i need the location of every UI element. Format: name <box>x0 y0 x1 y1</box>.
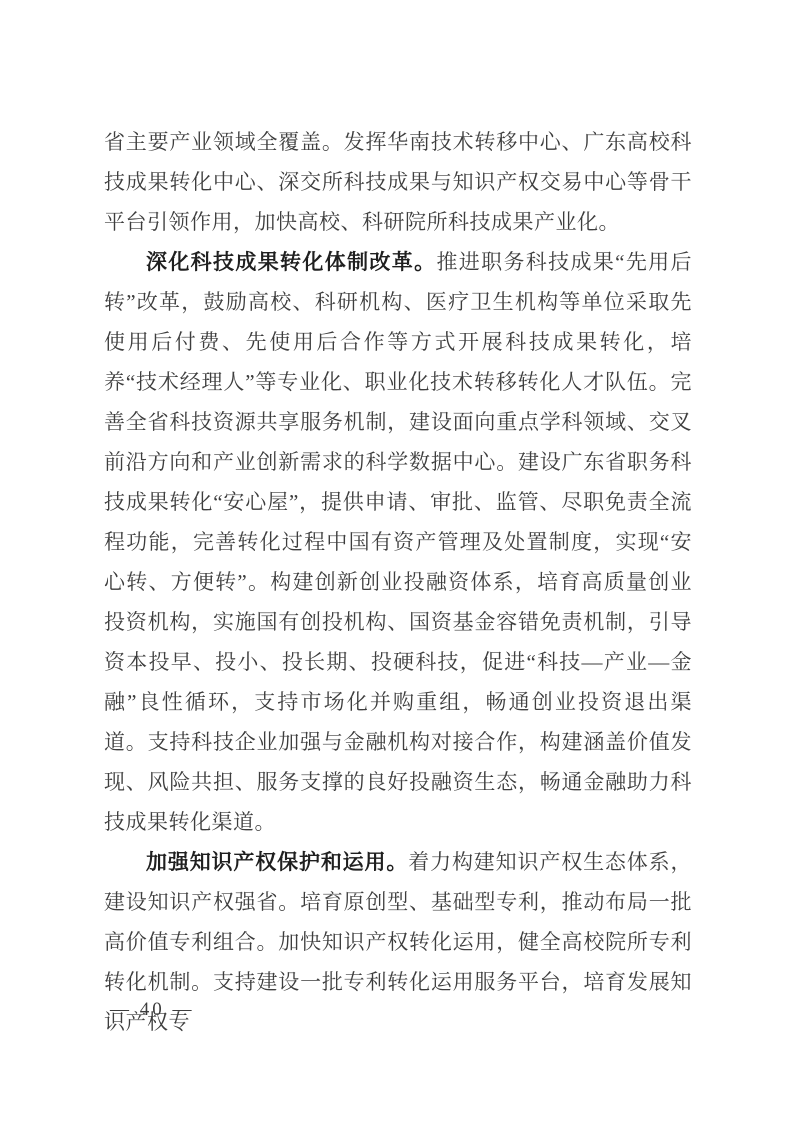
page-number: — 40 — <box>110 997 195 1023</box>
paragraph-continuation: 省主要产业领域全覆盖。发挥华南技术转移中心、广东高校科技成果转化中心、深交所科技… <box>104 122 692 242</box>
paragraph-text: 省主要产业领域全覆盖。发挥华南技术转移中心、广东高校科技成果转化中心、深交所科技… <box>104 130 692 234</box>
paragraph-text: 推进职务科技成果“先用后转”改革，鼓励高校、科研机构、医疗卫生机构等单位采取先使… <box>104 250 692 834</box>
document-page: 省主要产业领域全覆盖。发挥华南技术转移中心、广东高校科技成果转化中心、深交所科技… <box>0 0 794 1123</box>
document-body: 省主要产业领域全覆盖。发挥华南技术转移中心、广东高校科技成果转化中心、深交所科技… <box>104 122 692 1042</box>
paragraph-bold-lead: 深化科技成果转化体制改革。 <box>146 250 436 274</box>
paragraph-bold-lead: 加强知识产权保护和运用。 <box>146 850 408 874</box>
paragraph-tech-transfer-reform: 深化科技成果转化体制改革。推进职务科技成果“先用后转”改革，鼓励高校、科研机构、… <box>104 242 692 842</box>
